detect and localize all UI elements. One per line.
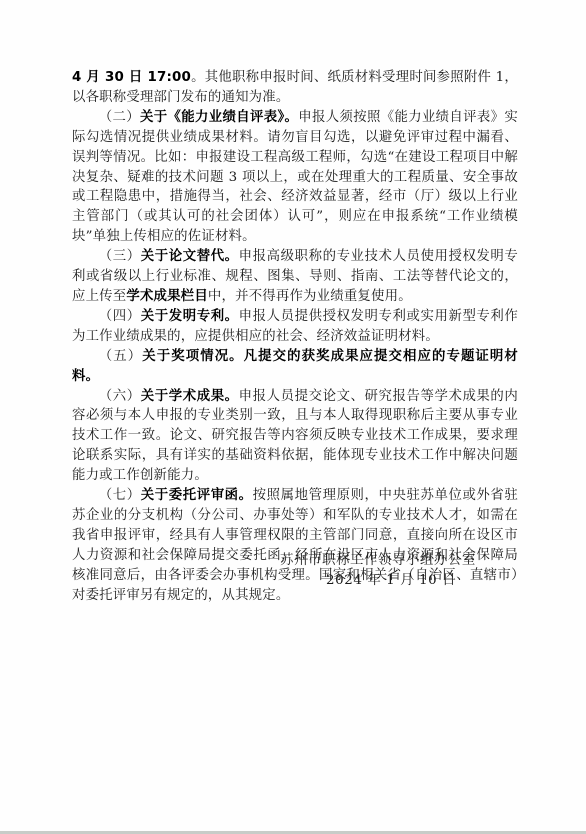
item-heading: 关于委托评审函。 [141, 488, 253, 503]
deadline-date: 4 月 30 日 17:00 [72, 70, 191, 85]
item-number: （六） [99, 389, 141, 404]
item-number: （二） [99, 110, 140, 125]
paragraph-item-4: （四）关于发明专利。申报人员提供授权发明专利或实用新型专利作为工作业绩成果的，应… [72, 307, 518, 347]
item-number: （三） [99, 249, 141, 264]
item-number: （四） [99, 309, 141, 324]
item-heading: 关于学术成果。 [141, 389, 239, 404]
paragraph-item-2: （二）关于《能力业绩自评表》。申报人须按照《能力业绩自评表》实际勾选情况提供业绩… [72, 108, 518, 247]
paragraph-deadline-continuation: 4 月 30 日 17:00。其他职称申报时间、纸质材料受理时间参照附件 1，以… [72, 68, 518, 108]
emphasis-text: 学术成果栏目 [126, 289, 208, 304]
item-heading: 关于论文替代。 [141, 249, 239, 264]
item-number: （七） [99, 488, 141, 503]
signature-organization: 苏州市职称工作领导小组办公室 [260, 551, 490, 571]
document-body: 4 月 30 日 17:00。其他职称申报时间、纸质材料受理时间参照附件 1，以… [72, 68, 518, 605]
paragraph-text: 申报人须按照《能力业绩自评表》实际勾选情况提供业绩成果材料。请勿盲目勾选，以避免… [72, 110, 518, 244]
signature-block: 苏州市职称工作领导小组办公室 2024 年 1 月 10 日 [260, 551, 490, 591]
document-page: 4 月 30 日 17:00。其他职称申报时间、纸质材料受理时间参照附件 1，以… [0, 0, 586, 831]
paragraph-item-3: （三）关于论文替代。申报高级职称的专业技术人员使用授权发明专利或省级以上行业标准… [72, 247, 518, 307]
paragraph-item-6: （六）关于学术成果。申报人员提交论文、研究报告等学术成果的内容必须与本人申报的专… [72, 387, 518, 487]
signature-date: 2024 年 1 月 10 日 [260, 571, 490, 591]
paragraph-item-5: （五）关于奖项情况。凡提交的获奖成果应提交相应的专题证明材料。 [72, 347, 518, 387]
item-number: （五） [99, 349, 142, 364]
item-heading: 关于发明专利。 [141, 309, 239, 324]
paragraph-text: 中，并不得再作为业绩重复使用。 [208, 289, 412, 304]
item-heading: 关于《能力业绩自评表》。 [140, 110, 298, 125]
